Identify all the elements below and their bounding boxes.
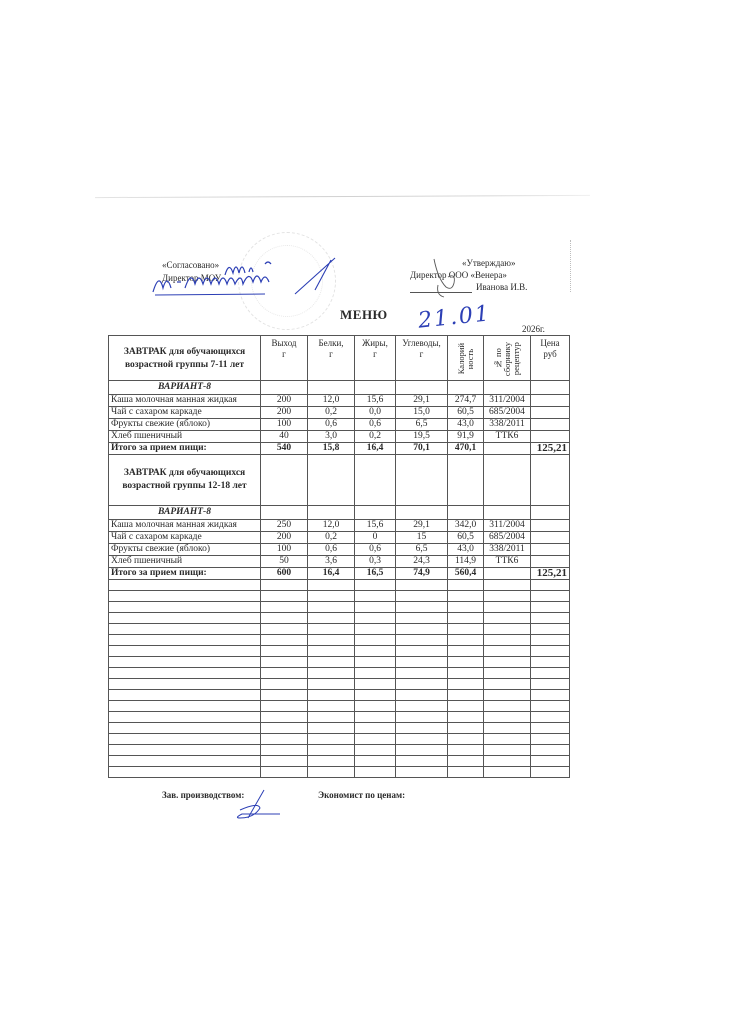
cell-calories: 91,9 [448, 431, 484, 443]
cell-output: 200 [261, 407, 308, 419]
cell-price [531, 556, 570, 568]
handwritten-date: 21.01 [417, 301, 492, 333]
empty-row [109, 701, 570, 712]
empty-row [109, 580, 570, 591]
cell-price [531, 419, 570, 431]
dish-name: Хлеб пшеничный [109, 431, 261, 443]
signature-right [420, 255, 470, 305]
empty-row [109, 646, 570, 657]
cell-recipe: ТТК6 [484, 431, 531, 443]
cell-carbs: 29,1 [396, 520, 448, 532]
cell-fat: 15,6 [355, 395, 396, 407]
cell-recipe: 311/2004 [484, 395, 531, 407]
cell-output: 200 [261, 532, 308, 544]
dish-name: Фрукты свежие (яблоко) [109, 419, 261, 431]
empty-row [109, 657, 570, 668]
cell-price [531, 544, 570, 556]
total-protein: 16,4 [308, 568, 355, 580]
cell-fat: 0,2 [355, 431, 396, 443]
cell-carbs: 19,5 [396, 431, 448, 443]
total-recipe [484, 443, 531, 455]
cell-calories: 60,5 [448, 532, 484, 544]
dish-name: Чай с сахаром каркаде [109, 407, 261, 419]
total-row: Итого за прием пищи:60016,416,574,9560,4… [109, 568, 570, 580]
total-row: Итого за прием пищи:54015,816,470,1470,1… [109, 443, 570, 455]
cell-recipe: 685/2004 [484, 407, 531, 419]
empty-row [109, 756, 570, 767]
cell-carbs: 15,0 [396, 407, 448, 419]
cell-price [531, 520, 570, 532]
table-header-row: ЗАВТРАК для обучающихся возрастной групп… [109, 336, 570, 381]
empty-row [109, 690, 570, 701]
dish-name: Каша молочная манная жидкая [109, 520, 261, 532]
cell-calories: 43,0 [448, 544, 484, 556]
total-carbs: 74,9 [396, 568, 448, 580]
total-label: Итого за прием пищи: [109, 568, 261, 580]
empty-row [109, 745, 570, 756]
signature-left [145, 250, 345, 300]
cell-output: 100 [261, 419, 308, 431]
cell-protein: 12,0 [308, 520, 355, 532]
cell-fat: 0,3 [355, 556, 396, 568]
cell-price [531, 395, 570, 407]
section-header-row: ЗАВТРАК для обучающихсявозрастной группы… [109, 455, 570, 506]
cell-protein: 12,0 [308, 395, 355, 407]
cell-protein: 0,2 [308, 407, 355, 419]
empty-row [109, 591, 570, 602]
cell-carbs: 6,5 [396, 544, 448, 556]
cell-protein: 3,6 [308, 556, 355, 568]
cell-price [531, 407, 570, 419]
table-row: Каша молочная манная жидкая20012,015,629… [109, 395, 570, 407]
cell-carbs: 29,1 [396, 395, 448, 407]
header-recipe: № посборникурецептур [484, 336, 531, 381]
empty-row [109, 668, 570, 679]
cell-calories: 60,5 [448, 407, 484, 419]
empty-row [109, 723, 570, 734]
table-row: Чай с сахаром каркаде2000,201560,5685/20… [109, 532, 570, 544]
cell-protein: 0,6 [308, 544, 355, 556]
cell-fat: 0,0 [355, 407, 396, 419]
variant-label: ВАРИАНТ-8 [109, 506, 261, 520]
total-protein: 15,8 [308, 443, 355, 455]
empty-row [109, 767, 570, 778]
total-carbs: 70,1 [396, 443, 448, 455]
cell-protein: 0,6 [308, 419, 355, 431]
table-row: Фрукты свежие (яблоко)1000,60,66,543,033… [109, 544, 570, 556]
total-calories: 470,1 [448, 443, 484, 455]
header-fat: Жиры,г [355, 336, 396, 381]
dish-name: Чай с сахаром каркаде [109, 532, 261, 544]
header-calories: Калорийность [448, 336, 484, 381]
dish-name: Фрукты свежие (яблоко) [109, 544, 261, 556]
header-protein: Белки,г [308, 336, 355, 381]
cell-output: 50 [261, 556, 308, 568]
document-year: 2026г. [522, 324, 545, 334]
cell-output: 250 [261, 520, 308, 532]
empty-row [109, 624, 570, 635]
empty-row [109, 734, 570, 745]
cell-recipe: 338/2011 [484, 544, 531, 556]
total-recipe [484, 568, 531, 580]
section-title-cell: ЗАВТРАК для обучающихсявозрастной группы… [109, 455, 261, 506]
total-price: 125,21 [531, 568, 570, 580]
cell-price [531, 431, 570, 443]
cell-output: 40 [261, 431, 308, 443]
scan-artifact-line [95, 195, 590, 198]
section-title-cell: ЗАВТРАК для обучающихся возрастной групп… [109, 336, 261, 381]
table-row: Каша молочная манная жидкая25012,015,629… [109, 520, 570, 532]
empty-row [109, 679, 570, 690]
empty-row [109, 613, 570, 624]
price-economist-label: Экономист по ценам: [318, 790, 405, 800]
total-fat: 16,5 [355, 568, 396, 580]
dish-name: Хлеб пшеничный [109, 556, 261, 568]
total-price: 125,21 [531, 443, 570, 455]
header-carbs: Углеводы,г [396, 336, 448, 381]
variant-label: ВАРИАНТ-8 [109, 381, 261, 395]
table-row: Хлеб пшеничный403,00,219,591,9ТТК6 [109, 431, 570, 443]
empty-row [109, 635, 570, 646]
total-output: 540 [261, 443, 308, 455]
cell-recipe: ТТК6 [484, 556, 531, 568]
total-calories: 560,4 [448, 568, 484, 580]
cell-protein: 3,0 [308, 431, 355, 443]
cell-recipe: 685/2004 [484, 532, 531, 544]
total-fat: 16,4 [355, 443, 396, 455]
approved-name: Иванова И.В. [476, 281, 527, 293]
total-label: Итого за прием пищи: [109, 443, 261, 455]
cell-carbs: 24,3 [396, 556, 448, 568]
cell-calories: 274,7 [448, 395, 484, 407]
table-row: Чай с сахаром каркаде2000,20,015,060,568… [109, 407, 570, 419]
cell-carbs: 6,5 [396, 419, 448, 431]
empty-row [109, 712, 570, 723]
table-row: Фрукты свежие (яблоко)1000,60,66,543,033… [109, 419, 570, 431]
variant-row: ВАРИАНТ-8 [109, 381, 570, 395]
cell-fat: 0 [355, 532, 396, 544]
cell-price [531, 532, 570, 544]
scan-artifact-dots [570, 240, 572, 292]
cell-fat: 15,6 [355, 520, 396, 532]
cell-output: 100 [261, 544, 308, 556]
cell-carbs: 15 [396, 532, 448, 544]
table-row: Хлеб пшеничный503,60,324,3114,9ТТК6 [109, 556, 570, 568]
cell-calories: 114,9 [448, 556, 484, 568]
signature-production-head [230, 788, 290, 824]
cell-calories: 342,0 [448, 520, 484, 532]
cell-fat: 0,6 [355, 544, 396, 556]
variant-row: ВАРИАНТ-8 [109, 506, 570, 520]
empty-row [109, 602, 570, 613]
dish-name: Каша молочная манная жидкая [109, 395, 261, 407]
cell-output: 200 [261, 395, 308, 407]
cell-fat: 0,6 [355, 419, 396, 431]
menu-table: ЗАВТРАК для обучающихся возрастной групп… [108, 335, 570, 778]
total-output: 600 [261, 568, 308, 580]
document-title: МЕНЮ [340, 307, 388, 323]
cell-calories: 43,0 [448, 419, 484, 431]
cell-protein: 0,2 [308, 532, 355, 544]
cell-recipe: 338/2011 [484, 419, 531, 431]
cell-recipe: 311/2004 [484, 520, 531, 532]
header-price: Ценаруб [531, 336, 570, 381]
header-output: Выходг [261, 336, 308, 381]
